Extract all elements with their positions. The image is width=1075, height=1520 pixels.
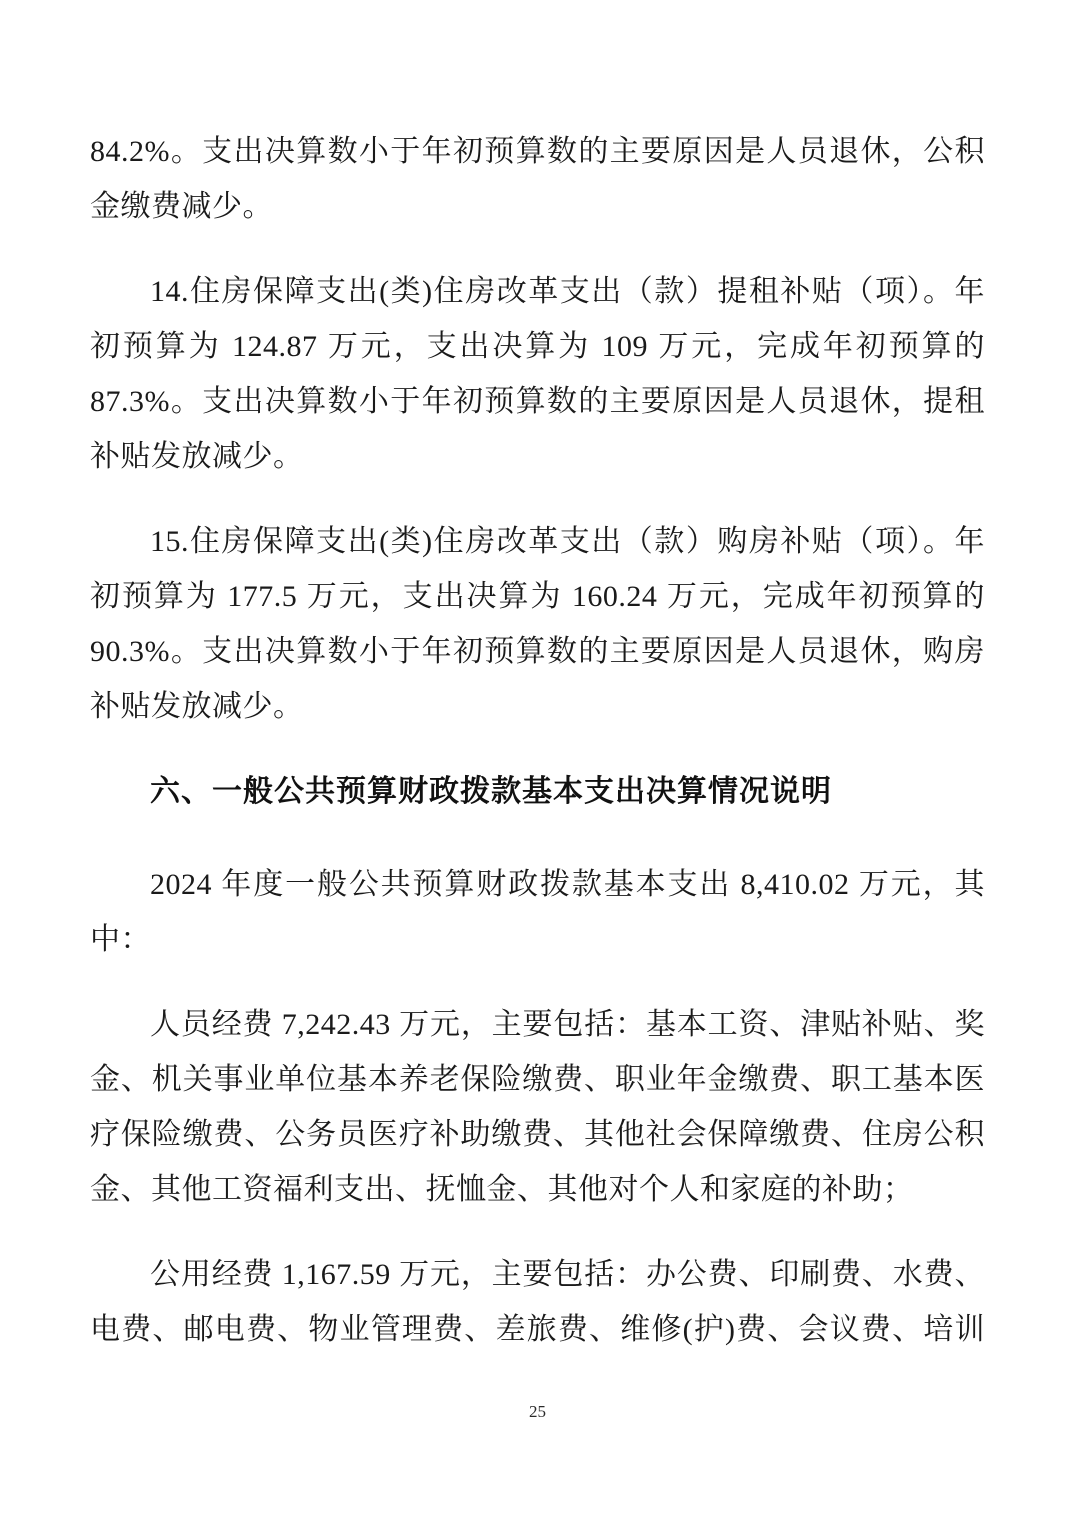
- paragraph-item-14-rent-subsidy: 14.住房保障支出(类)住房改革支出（款）提租补贴（项）。年初预算为 124.8…: [90, 264, 985, 484]
- document-page: { "document": { "content": [ { "type": "…: [0, 0, 1075, 1520]
- section-heading-basic-expenditure: 六、一般公共预算财政拨款基本支出决算情况说明: [90, 764, 985, 819]
- paragraph-personnel-expenses: 人员经费 7,242.43 万元，主要包括：基本工资、津贴补贴、奖金、机关事业单…: [90, 997, 985, 1217]
- document-body: 84.2%。支出决算数小于年初预算数的主要原因是人员退休，公积金缴费减少。 14…: [90, 124, 985, 1387]
- paragraph-continuation-provident-fund: 84.2%。支出决算数小于年初预算数的主要原因是人员退休，公积金缴费减少。: [90, 124, 985, 234]
- paragraph-basic-expenditure-total: 2024 年度一般公共预算财政拨款基本支出 8,410.02 万元，其中：: [90, 857, 985, 967]
- paragraph-public-expenses: 公用经费 1,167.59 万元，主要包括：办公费、印刷费、水费、电费、邮电费、…: [90, 1247, 985, 1357]
- paragraph-item-15-housing-purchase-subsidy: 15.住房保障支出(类)住房改革支出（款）购房补贴（项）。年初预算为 177.5…: [90, 514, 985, 734]
- page-number: 25: [0, 1400, 1075, 1424]
